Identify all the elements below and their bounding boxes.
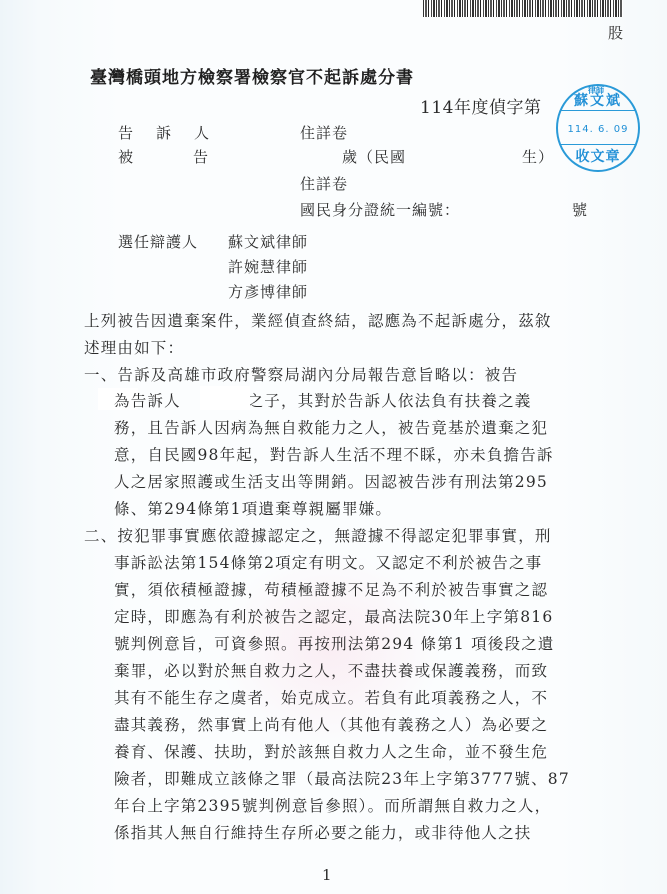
- defense-counsel-1: 蘇文斌律師: [228, 231, 308, 252]
- section1-line-6: 條、第294條第1項遺棄尊親屬罪嫌。: [114, 497, 392, 519]
- defense-counsel-2: 許婉慧律師: [228, 256, 308, 277]
- defendant-id-label: 國民身分證統一編號：: [300, 199, 460, 220]
- unit-label: 股: [608, 22, 623, 43]
- section1-line-5: 人之居家照護或生活支出等開銷。因認被告涉有刑法第295: [114, 470, 548, 492]
- document-page: 股 臺灣橋頭地方檢察署檢察官不起訴處分書 114年度偵字第 律師蘇文斌 114.…: [0, 0, 667, 894]
- defendant-age: 歲（民國: [342, 146, 406, 167]
- stamp-label: 收文章: [558, 146, 638, 166]
- section2-line-10: 險者，即難成立該條之罪（最高法院23年上字第3777號、87: [114, 767, 570, 789]
- defense-counsel-label: 選任辯護人: [118, 231, 198, 252]
- case-number: 114年度偵字第: [420, 93, 541, 118]
- section1-line-1: 一、告訴及高雄市政府警察局湖內分局報告意旨略以：被告: [84, 363, 518, 385]
- intro-line-1: 上列被告因遺棄案件，業經偵查終結，認應為不起訴處分，茲敘: [84, 309, 552, 331]
- received-stamp: 律師蘇文斌 114. 6. 09 收文章: [556, 84, 640, 172]
- defendant-birth-suffix: 生）: [522, 146, 554, 167]
- section1-line-4: 意，自民國98年起，對告訴人生活不理不睬，亦未負擔告訴: [114, 443, 554, 465]
- defendant-id-suffix: 號: [572, 199, 588, 220]
- section1-line-3: 務，且告訴人因病為無自救能力之人，被告竟基於遺棄之犯: [114, 416, 548, 438]
- section2-line-11: 年台上字第2395號判例意旨參照）。而所謂無自救力之人，: [114, 794, 551, 816]
- complainant-address: 住詳卷: [300, 122, 348, 143]
- defendant-label: 被告: [118, 146, 209, 167]
- page-number: 1: [322, 866, 332, 884]
- section2-line-3: 實，須依積極證據，苟積極證據不足為不利於被告事實之認: [114, 578, 548, 600]
- section1-line-2: 為告訴人 之子，其對於告訴人依法負有扶養之義: [114, 389, 532, 411]
- document-title: 臺灣橋頭地方檢察署檢察官不起訴處分書: [90, 63, 414, 88]
- barcode: [423, 0, 623, 17]
- stamp-date: 114. 6. 09: [558, 124, 638, 135]
- section2-line-8: 盡其義務，然事實上尚有他人（其他有義務之人）為必要之: [114, 713, 548, 735]
- defendant-address: 住詳卷: [300, 173, 348, 194]
- section2-line-7: 其有不能生存之虞者，始克成立。若負有此項義務之人，不: [114, 686, 548, 708]
- section2-line-4: 定時，即應為有利於被告之認定，最高法院30年上字第816: [114, 605, 553, 627]
- section2-line-9: 養育、保護、扶助，對於該無自救力人之生命，並不發生危: [114, 740, 548, 762]
- defense-counsel-3: 方彥博律師: [228, 281, 308, 302]
- section2-line-2: 事訴訟法第154條第2項定有明文。又認定不利於被告之事: [114, 551, 542, 573]
- section2-line-12: 係指其人無自行維持生存所必要之能力，或非待他人之扶: [114, 821, 532, 843]
- stamp-name: 律師蘇文斌: [558, 90, 638, 110]
- section2-line-1: 二、按犯罪事實應依證據認定之，無證據不得認定犯罪事實，刑: [84, 524, 552, 546]
- redaction-box: [200, 386, 250, 410]
- section2-line-6: 棄罪，必以對於無自救力之人，不盡扶養或保護義務，而致: [114, 659, 548, 681]
- section2-line-5: 號判例意旨，可資參照。再按刑法第294 條第1 項後段之遺: [114, 632, 555, 654]
- intro-line-2: 述理由如下：: [84, 336, 184, 358]
- complainant-label: 告訴人: [118, 122, 210, 143]
